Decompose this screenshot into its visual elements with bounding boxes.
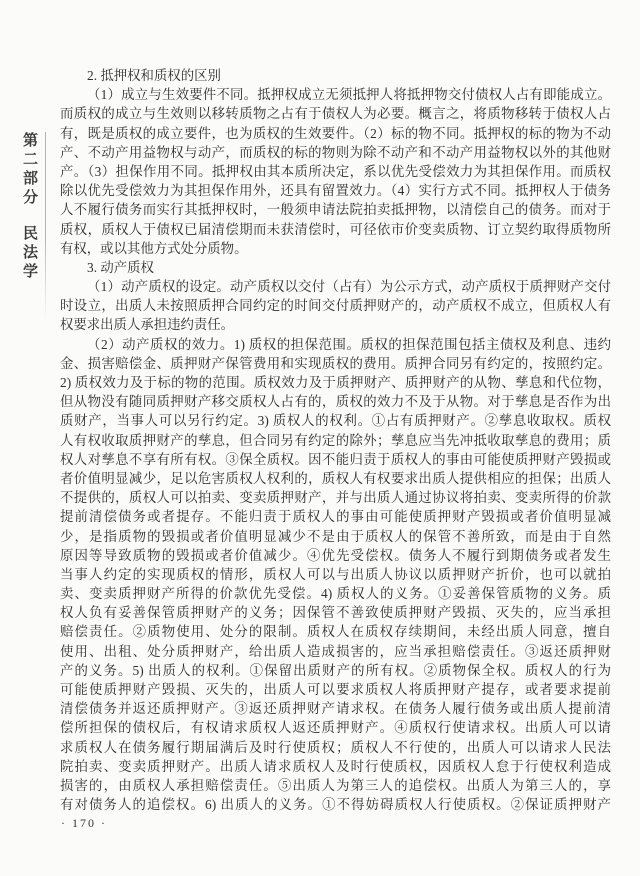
text-line: 2. 抵押权和质权的区别 <box>60 66 611 85</box>
text-line: 求质权人在债务履行期届满后及时行使质权；质权人不行使的，出质人可以请求人民法 <box>60 738 611 757</box>
text-line: 产、不动产用益物权与动产，而质权的标的物则为除不动产和不动产用益物权以外的其他财 <box>60 143 611 162</box>
text-line: 有对债务人的追偿权。6) 出质人的义务。①不得妨碍质权人行使质权。②保证质押财产 <box>60 795 611 814</box>
text-line: 不提供的，质权人可以拍卖、变卖质押财产，并与出质人通过协议将拍卖、变卖所得的价款 <box>60 488 611 507</box>
text-line: 当事人约定的实现质权的情形，质权人可以与出质人协议以质押财产折价，也可以就拍 <box>60 565 611 584</box>
text-line: 权人负有妥善保管质押财产的义务；因保管不善致使质押财产毁损、灭失的，应当承担 <box>60 603 611 622</box>
text-line: 者价值明显减少，足以危害质权人权利的，质权人有权要求出质人提供相应的担保；出质人 <box>60 469 611 488</box>
text-line: 损害的，由质权人承担赔偿责任。⑤出质人为第三人的追偿权。出质人为第三人的，享 <box>60 776 611 795</box>
text-line: 质财产，当事人可以另行约定。3) 质权人的权利。①占有质押财产。②孳息收取权。质… <box>60 411 611 430</box>
text-line: （1）动产质权的设定。动产质权以交付（占有）为公示方式，动产质权于质押财产交付 <box>60 277 611 296</box>
book-page: 第二部分 民法学 2. 抵押权和质权的区别（1）成立与生效要件不同。抵押权成立无… <box>0 0 640 876</box>
sidebar-subject-label: 民法学 <box>19 225 40 282</box>
text-line: 清偿债务并返还质押财产。③返还质押财产请求权。在债务人履行债务或出质人提前清 <box>60 699 611 718</box>
text-line: 赔偿责任。②质物使用、处分的限制。质权人在质权存续期间，未经出质人同意，擅自 <box>60 622 611 641</box>
text-line: 质权，质权人于债权已届清偿期而未获清偿时，可径依市价变卖质物、订立契约取得质物所 <box>60 220 611 239</box>
text-line: 3. 动产质权 <box>60 258 611 277</box>
text-line: 偿所担保的债权后，有权请求质权人返还质押财产。④质权行使请求权。出质人可以请 <box>60 718 611 737</box>
chapter-sidebar-tab: 第二部分 民法学 <box>19 132 40 282</box>
text-line: 提前清偿债务或者提存。不能归责于质权人的事由可能使质押财产毁损或者价值明显减 <box>60 507 611 526</box>
text-line: 产的义务。5) 出质人的权利。①保留出质财产的所有权。②质物保全权。质权人的行为 <box>60 661 611 680</box>
text-line: 产。（3）担保作用不同。抵押权由其本质所决定，系以优先受偿效力为其担保作用。而质… <box>60 162 611 181</box>
page-body-text: 2. 抵押权和质权的区别（1）成立与生效要件不同。抵押权成立无须抵押人将抵押物交… <box>60 66 611 814</box>
text-line: 有权，或以其他方式处分质物。 <box>60 239 611 258</box>
sidebar-divider-rule <box>45 132 46 320</box>
text-line: 院拍卖、变卖质押财产。出质人请求质权人及时行使质权，因质权人怠于行使权利造成 <box>60 757 611 776</box>
text-line: 少，是指质物的毁损或者价值明显减少不是由于质权人的保管不善所致，而是由于自然 <box>60 527 611 546</box>
text-line: 使用、出租、处分质押财产，给出质人造成损害的，应当承担赔偿责任。③返还质押财 <box>60 642 611 661</box>
text-line: 金、损害赔偿金、质押财产保管费用和实现质权的费用。质押合同另有约定的，按照约定。 <box>60 354 611 373</box>
text-line: 权要求出质人承担违约责任。 <box>60 315 611 334</box>
text-line: 2) 质权效力及于标的物的范围。质权效力及于质押财产、质押财产的从物、孳息和代位… <box>60 373 611 392</box>
text-line: 权人对孳息不享有所有权。③保全质权。因不能归责于质权人的事由可能使质押财产毁损或 <box>60 450 611 469</box>
page-number: · 170 · <box>61 816 107 831</box>
sidebar-part-label: 第二部分 <box>19 132 40 208</box>
text-line: 而质权的成立与生效则以移转质物之占有于债权人为必要。概言之，将质物移转于债权人占 <box>60 104 611 123</box>
text-line: 人有权收取质押财产的孳息，但合同另有约定的除外；孳息应当先冲抵收取孳息的费用；质 <box>60 431 611 450</box>
text-line: 有，既是质权的成立要件，也为质权的生效要件。（2）标的物不同。抵押权的标的物为不… <box>60 124 611 143</box>
text-line: （2）动产质权的效力。1) 质权的担保范围。质权的担保范围包括主债权及利息、违约 <box>60 335 611 354</box>
text-line: 时设立，出质人未按照质押合同约定的时间交付质押财产的，动产质权不成立，但质权人有 <box>60 296 611 315</box>
text-line: 人不履行债务而实行其抵押权时，一般须申请法院拍卖抵押物，以清偿自己的债务。而对于 <box>60 200 611 219</box>
text-line: （1）成立与生效要件不同。抵押权成立无须抵押人将抵押物交付债权人占有即能成立。 <box>60 85 611 104</box>
text-line: 原因等导致质物的毁损或者价值减少。④优先受偿权。债务人不履行到期债务或者发生 <box>60 546 611 565</box>
text-line: 可能使质押财产毁损、灭失的，出质人可以要求质权人将质押财产提存，或者要求提前 <box>60 680 611 699</box>
text-line: 卖、变卖质押财产所得的价款优先受偿。4) 质权人的义务。①妥善保管质物的义务。质 <box>60 584 611 603</box>
text-line: 除以优先受偿效力为其担保作用外，还具有留置效力。（4）实行方式不同。抵押权人于债… <box>60 181 611 200</box>
text-line: 但从物没有随同质押财产移交质权人占有的，质权的效力不及于从物。对于孳息是否作为出 <box>60 392 611 411</box>
